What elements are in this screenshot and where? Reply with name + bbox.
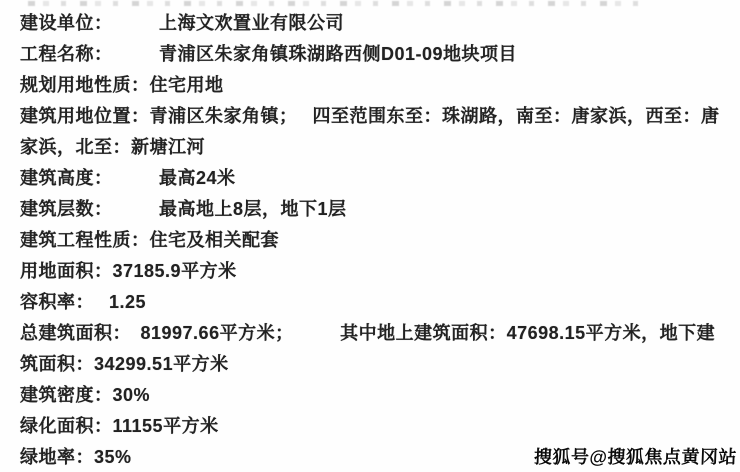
info-row: 规划用地性质：住宅用地 bbox=[20, 70, 740, 101]
info-row: 建筑密度：30% bbox=[20, 380, 740, 411]
info-row: 工程名称： 青浦区朱家角镇珠湖路西侧D01-09地块项目 bbox=[20, 39, 740, 70]
field-value: 81997.66平方米； 其中地上建筑面积：47698.15平方米，地下建 bbox=[122, 323, 715, 343]
info-row: 建筑用地位置：青浦区朱家角镇； 四至范围东至：珠湖路，南至：唐家浜，西至：唐 bbox=[20, 101, 740, 132]
project-info-document: 建设单位： 上海文欢置业有限公司工程名称： 青浦区朱家角镇珠湖路西侧D01-09… bbox=[0, 0, 740, 472]
info-row: 建设单位： 上海文欢置业有限公司 bbox=[20, 8, 740, 39]
field-value: 最高24米 bbox=[104, 168, 236, 188]
field-value: 最高地上8层，地下1层 bbox=[104, 199, 347, 219]
field-value: 青浦区朱家角镇珠湖路西侧D01-09地块项目 bbox=[104, 44, 518, 64]
info-row: 容积率： 1.25 bbox=[20, 287, 740, 318]
info-row: 建筑工程性质：住宅及相关配套 bbox=[20, 225, 740, 256]
field-label: 建筑层数： bbox=[20, 199, 104, 219]
field-value: 37185.9平方米 bbox=[113, 261, 237, 281]
field-value: 35% bbox=[94, 447, 132, 467]
project-info-list: 建设单位： 上海文欢置业有限公司工程名称： 青浦区朱家角镇珠湖路西侧D01-09… bbox=[20, 8, 740, 472]
info-row: 建筑层数： 最高地上8层，地下1层 bbox=[20, 194, 740, 225]
field-label: 绿化面积： bbox=[20, 416, 113, 436]
field-value: 青浦区朱家角镇； 四至范围东至：珠湖路，南至：唐家浜，西至：唐 bbox=[150, 106, 720, 126]
field-value: 筑面积：34299.51平方米 bbox=[20, 354, 229, 374]
field-label: 建筑工程性质： bbox=[20, 230, 150, 250]
field-label: 总建筑面积： bbox=[20, 323, 122, 343]
cropped-text-remnant bbox=[28, 1, 648, 6]
field-label: 建筑用地位置： bbox=[20, 106, 150, 126]
field-label: 容积率： bbox=[20, 292, 85, 312]
field-label: 规划用地性质： bbox=[20, 75, 150, 95]
field-label: 建设单位： bbox=[20, 13, 104, 33]
field-label: 工程名称： bbox=[20, 44, 104, 64]
field-value: 1.25 bbox=[85, 292, 146, 312]
field-label: 建筑高度： bbox=[20, 168, 104, 188]
field-value: 上海文欢置业有限公司 bbox=[104, 13, 345, 33]
info-row: 建筑高度： 最高24米 bbox=[20, 163, 740, 194]
info-row: 绿化面积：11155平方米 bbox=[20, 411, 740, 442]
field-value: 住宅及相关配套 bbox=[150, 230, 280, 250]
info-row: 用地面积：37185.9平方米 bbox=[20, 256, 740, 287]
field-value: 30% bbox=[113, 385, 151, 405]
watermark: 搜狐号@搜狐焦点黄冈站 bbox=[533, 443, 737, 469]
field-value: 住宅用地 bbox=[150, 75, 224, 95]
info-row: 家浜，北至：新塘江河 bbox=[20, 132, 740, 163]
field-label: 建筑密度： bbox=[20, 385, 113, 405]
field-label: 绿地率： bbox=[20, 447, 94, 467]
field-label: 用地面积： bbox=[20, 261, 113, 281]
field-value: 家浜，北至：新塘江河 bbox=[20, 137, 205, 157]
info-row: 总建筑面积： 81997.66平方米； 其中地上建筑面积：47698.15平方米… bbox=[20, 318, 740, 349]
field-value: 11155平方米 bbox=[113, 416, 219, 436]
info-row: 筑面积：34299.51平方米 bbox=[20, 349, 740, 380]
